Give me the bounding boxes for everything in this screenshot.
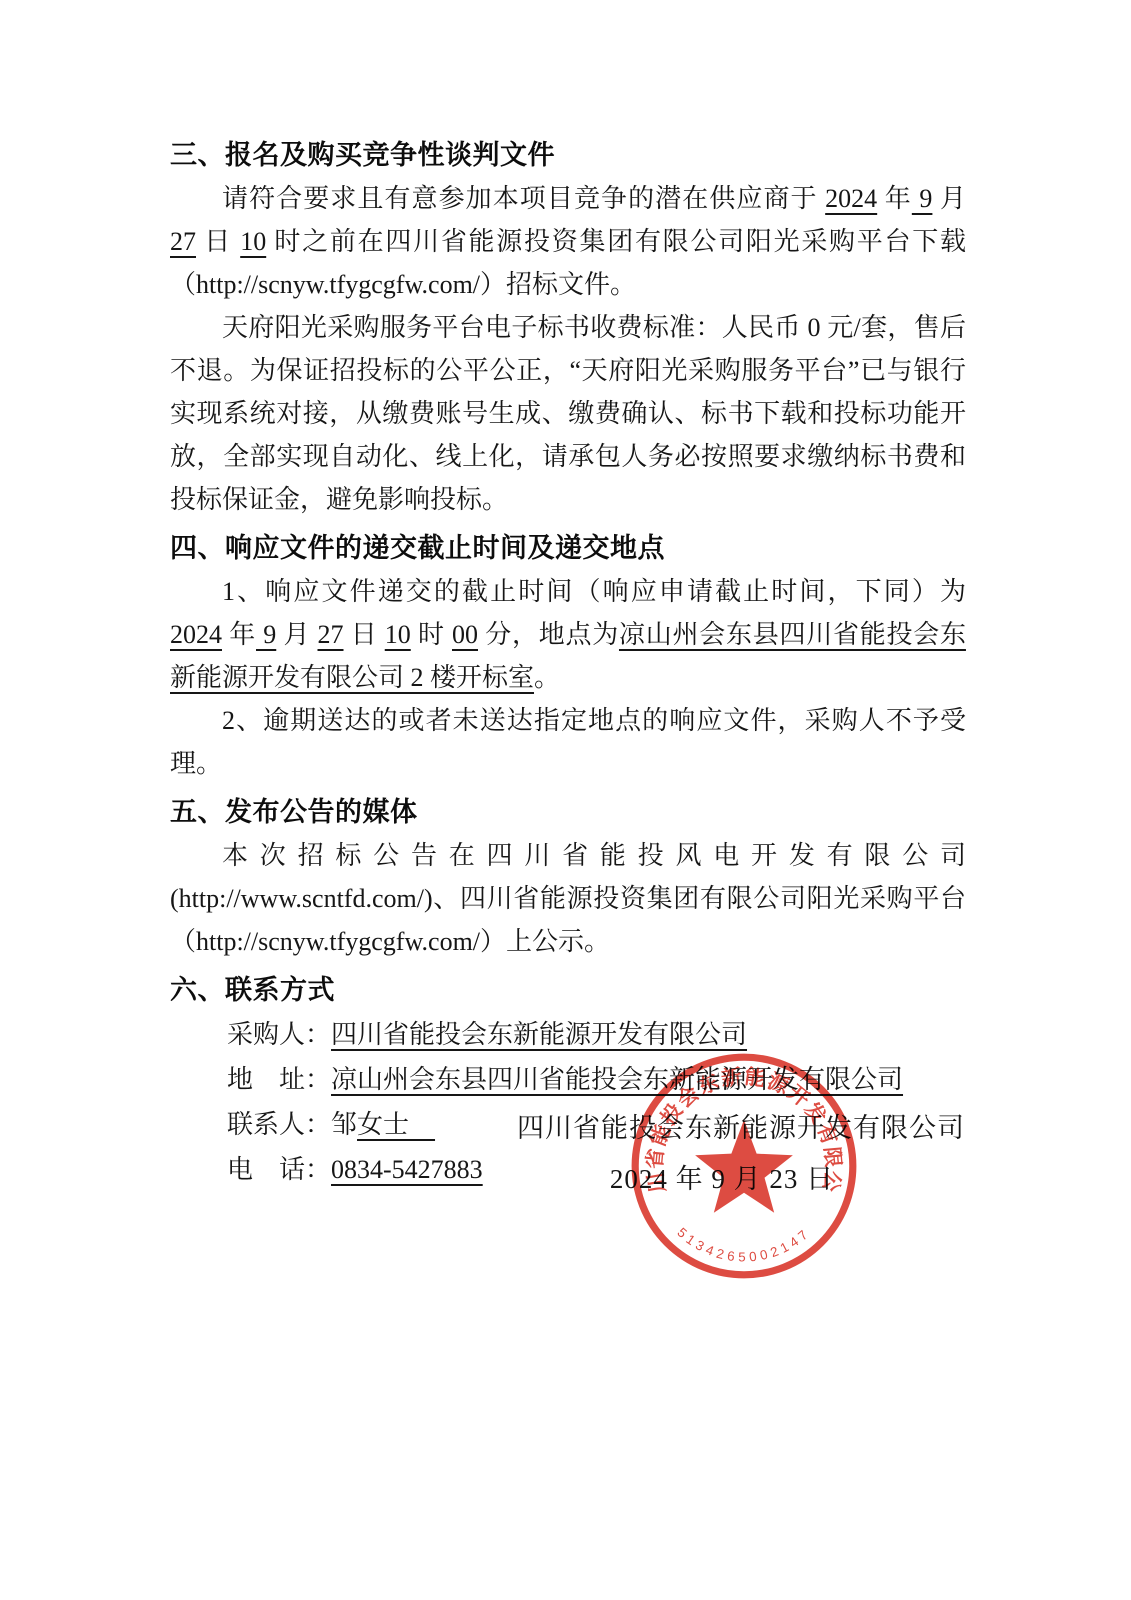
- underlined-text: 9: [912, 184, 933, 213]
- text-run: 请符合要求且有意参加本项目竞争的潜在供应商于: [222, 184, 825, 213]
- underlined-text: 00: [452, 620, 478, 649]
- section-heading: 五、发布公告的媒体: [170, 791, 966, 834]
- text-run: 分，地点为: [478, 620, 619, 649]
- underlined-text: 2024: [825, 184, 877, 213]
- text-run: 日: [196, 227, 240, 256]
- contact-line: 采购人：四川省能投会东新能源开发有限公司: [227, 1012, 966, 1057]
- paragraph: 请符合要求且有意参加本项目竞争的潜在供应商于 2024 年 9 月 27 日 1…: [170, 177, 966, 306]
- text-run: 本次招标公告在四川省能投风电开发有限公司(http://www.scntfd.c…: [170, 841, 966, 956]
- signature-date: 2024 年 9 月 23 日: [522, 1157, 922, 1196]
- section-heading: 六、联系方式: [170, 969, 966, 1012]
- section-heading: 三、报名及购买竞争性谈判文件: [170, 134, 966, 177]
- text-run: 时之前在四川省能源投资集团有限公司阳光采购平台下载（http://scnyw.t…: [170, 227, 966, 299]
- text-run: 2、逾期送达的或者未送达指定地点的响应文件，采购人不予受理。: [170, 706, 966, 778]
- text-run: 地 址：: [227, 1065, 331, 1094]
- signature-company: 四川省能投会东新能源开发有限公司: [0, 1106, 965, 1145]
- text-run: 六、联系方式: [170, 975, 335, 1005]
- text-run: 电 话：: [227, 1155, 331, 1184]
- text-run: 时: [411, 620, 452, 649]
- paragraph: 本次招标公告在四川省能投风电开发有限公司(http://www.scntfd.c…: [170, 834, 966, 963]
- underlined-text: 9: [256, 620, 276, 649]
- paragraph: 天府阳光采购服务平台电子标书收费标准：人民币 0 元/套，售后不退。为保证招投标…: [170, 306, 966, 521]
- text-run: 天府阳光采购服务平台电子标书收费标准：人民币 0 元/套，售后不退。为保证招投标…: [170, 313, 966, 514]
- seal-number: 5134265002147: [674, 1225, 813, 1265]
- underlined-text: 10: [240, 227, 266, 256]
- underlined-text: 凉山州会东县四川省能投会东新能源开发有限公司: [331, 1065, 903, 1094]
- text-run: 三、报名及购买竞争性谈判文件: [170, 140, 555, 170]
- underlined-text: 27: [170, 227, 196, 256]
- underlined-text: 27: [318, 620, 344, 649]
- text-run: 月: [276, 620, 317, 649]
- paragraph: 2、逾期送达的或者未送达指定地点的响应文件，采购人不予受理。: [170, 699, 966, 785]
- underlined-text: 10: [385, 620, 411, 649]
- section-heading: 四、响应文件的递交截止时间及递交地点: [170, 527, 966, 570]
- document-page: 三、报名及购买竞争性谈判文件请符合要求且有意参加本项目竞争的潜在供应商于 202…: [0, 0, 1131, 1600]
- text-run: 四、响应文件的递交截止时间及递交地点: [170, 533, 665, 563]
- text-run: 采购人：: [227, 1020, 331, 1049]
- text-run: 五、发布公告的媒体: [170, 797, 418, 827]
- document-body: 三、报名及购买竞争性谈判文件请符合要求且有意参加本项目竞争的潜在供应商于 202…: [170, 128, 966, 1192]
- text-run: 1、响应文件递交的截止时间（响应申请截止时间，下同）为: [222, 577, 966, 606]
- text-run: 。: [534, 663, 560, 692]
- paragraph: 1、响应文件递交的截止时间（响应申请截止时间，下同）为 2024 年 9 月 2…: [170, 570, 966, 699]
- text-run: 年: [222, 620, 256, 649]
- underlined-text: 四川省能投会东新能源开发有限公司: [331, 1020, 747, 1049]
- text-run: 年: [877, 184, 912, 213]
- contact-line: 地 址：凉山州会东县四川省能投会东新能源开发有限公司: [227, 1057, 966, 1102]
- underlined-text: 2024: [170, 620, 222, 649]
- underlined-text: 0834-5427883: [331, 1155, 483, 1184]
- text-run: 月: [932, 184, 966, 213]
- text-run: 日: [344, 620, 385, 649]
